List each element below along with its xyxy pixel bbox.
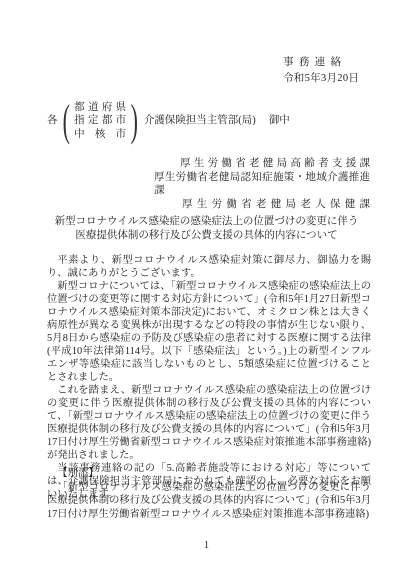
body-paragraph: これを踏まえ、新型コロナウイルス感染症の感染症法上の位置づけの変更に伴う医療提供… (47, 384, 371, 462)
title-line-2: 医療提供体制の移行及び公費支援の具体的内容について (0, 229, 413, 243)
sender-block: 厚生労働省老健局高齢者支援課 厚生労働省老健局認知症施策・地域介護推進課 厚生労… (154, 157, 370, 211)
title-line-1: 新型コロナウイルス感染症の感染症法上の位置づけの変更に伴う (0, 215, 413, 229)
sender-line-rojin-hokenka: 厚生労働省老健局老人保健課 (182, 198, 370, 212)
bracket-close-icon: ) (131, 100, 138, 142)
doc-type-label: 事務連絡 (283, 57, 341, 69)
page-number: 1 (0, 540, 413, 551)
addressee-prefix: 各 (47, 114, 58, 128)
document-page: 事務連絡 令和5年3月20日 各 ( 都道府県 指定都市 中核市 ) 介護保険担… (0, 0, 413, 585)
doc-date: 令和5年3月20日 (283, 73, 359, 85)
addressee-item-prefecture: 都道府県 (74, 101, 126, 115)
addressee-item-core-city: 中核市 (74, 128, 126, 142)
addressee-honorific: 御中 (269, 114, 290, 128)
body-paragraph: 新型コロナについては、「新型コロナウイルス感染症の感染症法上の位置づけの変更等に… (47, 280, 371, 384)
body-paragraph: 平素より、新型コロナウイルス感染症対策に御尽力、御協力を賜り、誠にありがとうござ… (47, 254, 371, 280)
attachment-text: 「新型コロナウイルス感染症の感染症法上の位置づけの変更に伴う医療提供体制の移行及… (47, 481, 371, 522)
body-text: 平素より、新型コロナウイルス感染症対策に御尽力、御協力を賜り、誠にありがとうござ… (47, 254, 371, 501)
addressee-item-designated-city: 指定都市 (74, 114, 126, 128)
addressee-bracket-items: 都道府県 指定都市 中核市 (74, 101, 126, 142)
sender-line-koureisha-shienka: 厚生労働省老健局高齢者支援課 (180, 157, 370, 171)
addressee-department: 介護保険担当主管部(局) (144, 114, 256, 128)
bracket-open-icon: ( (62, 100, 69, 142)
attachment-section: 【別添】 「新型コロナウイルス感染症の感染症法上の位置づけの変更に伴う医療提供体… (47, 467, 371, 521)
sender-line-ninchisho-shisaku: 厚生労働省老健局認知症施策・地域介護推進課 (154, 171, 370, 198)
document-title: 新型コロナウイルス感染症の感染症法上の位置づけの変更に伴う 医療提供体制の移行及… (0, 215, 413, 243)
attachment-label: 【別添】 (47, 467, 371, 481)
addressee-block: 各 ( 都道府県 指定都市 中核市 ) 介護保険担当主管部(局) 御中 (47, 100, 290, 142)
